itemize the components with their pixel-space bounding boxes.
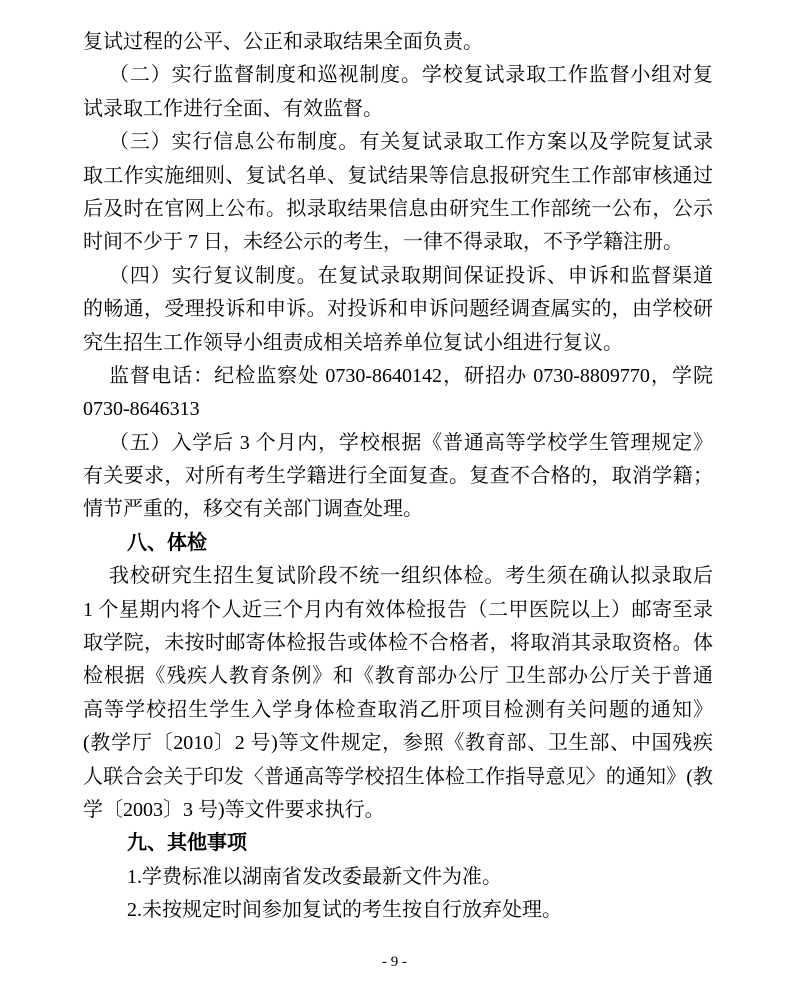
text-line: 我校研究生招生复试阶段不统一组织体检。考生须在确认拟录取后 (83, 560, 713, 593)
text-line: 复试过程的公平、公正和录取结果全面负责。 (83, 26, 713, 59)
text-line: 2.未按规定时间参加复试的考生按自行放弃处理。 (83, 894, 713, 927)
text-line: 取学院，未按时邮寄体检报告或体检不合格者，将取消其录取资格。体 (83, 627, 713, 660)
page-footer: - 9 - (0, 952, 789, 972)
text-line: 后及时在官网上公布。拟录取结果信息由研究生工作部统一公布，公示 (83, 193, 713, 226)
text-line: 有关要求，对所有考生学籍进行全面复查。复查不合格的，取消学籍； (83, 460, 713, 493)
text-line: 学〔2003〕3 号)等文件要求执行。 (83, 794, 713, 827)
document-page: 复试过程的公平、公正和录取结果全面负责。（二）实行监督制度和巡视制度。学校复试录… (0, 0, 789, 1004)
document-body: 复试过程的公平、公正和录取结果全面负责。（二）实行监督制度和巡视制度。学校复试录… (83, 26, 713, 928)
text-line: 1 个星期内将个人近三个月内有效体检报告（二甲医院以上）邮寄至录 (83, 594, 713, 627)
text-line: 高等学校招生学生入学身体检查取消乙肝项目检测有关问题的通知》 (83, 694, 713, 727)
section-heading: 八、体检 (83, 527, 713, 560)
text-line: 取工作实施细则、复试名单、复试结果等信息报研究生工作部审核通过 (83, 160, 713, 193)
text-line: 情节严重的，移交有关部门调查处理。 (83, 493, 713, 526)
text-line: (教学厅〔2010〕2 号)等文件规定，参照《教育部、卫生部、中国残疾 (83, 727, 713, 760)
text-line: 试录取工作进行全面、有效监督。 (83, 93, 713, 126)
text-line: （二）实行监督制度和巡视制度。学校复试录取工作监督小组对复 (83, 59, 713, 92)
text-line: （五）入学后 3 个月内，学校根据《普通高等学校学生管理规定》 (83, 427, 713, 460)
text-line: 究生招生工作领导小组责成相关培养单位复试小组进行复议。 (83, 327, 713, 360)
text-line: （三）实行信息公布制度。有关复试录取工作方案以及学院复试录 (83, 126, 713, 159)
text-line: 监督电话：纪检监察处 0730-8640142，研招办 0730-8809770… (83, 360, 713, 393)
section-heading: 九、其他事项 (83, 827, 713, 860)
text-line: 0730-8646313 (83, 393, 713, 426)
text-line: 1.学费标准以湖南省发改委最新文件为准。 (83, 861, 713, 894)
text-line: 人联合会关于印发〈普通高等学校招生体检工作指导意见〉的通知》(教 (83, 761, 713, 794)
page-number: - 9 - (382, 954, 407, 970)
text-line: 的畅通，受理投诉和申诉。对投诉和申诉问题经调查属实的，由学校研 (83, 293, 713, 326)
text-line: 时间不少于 7 日，未经公示的考生，一律不得录取，不予学籍注册。 (83, 226, 713, 259)
text-line: （四）实行复议制度。在复试录取期间保证投诉、申诉和监督渠道 (83, 260, 713, 293)
text-line: 检根据《残疾人教育条例》和《教育部办公厅 卫生部办公厅关于普通 (83, 660, 713, 693)
